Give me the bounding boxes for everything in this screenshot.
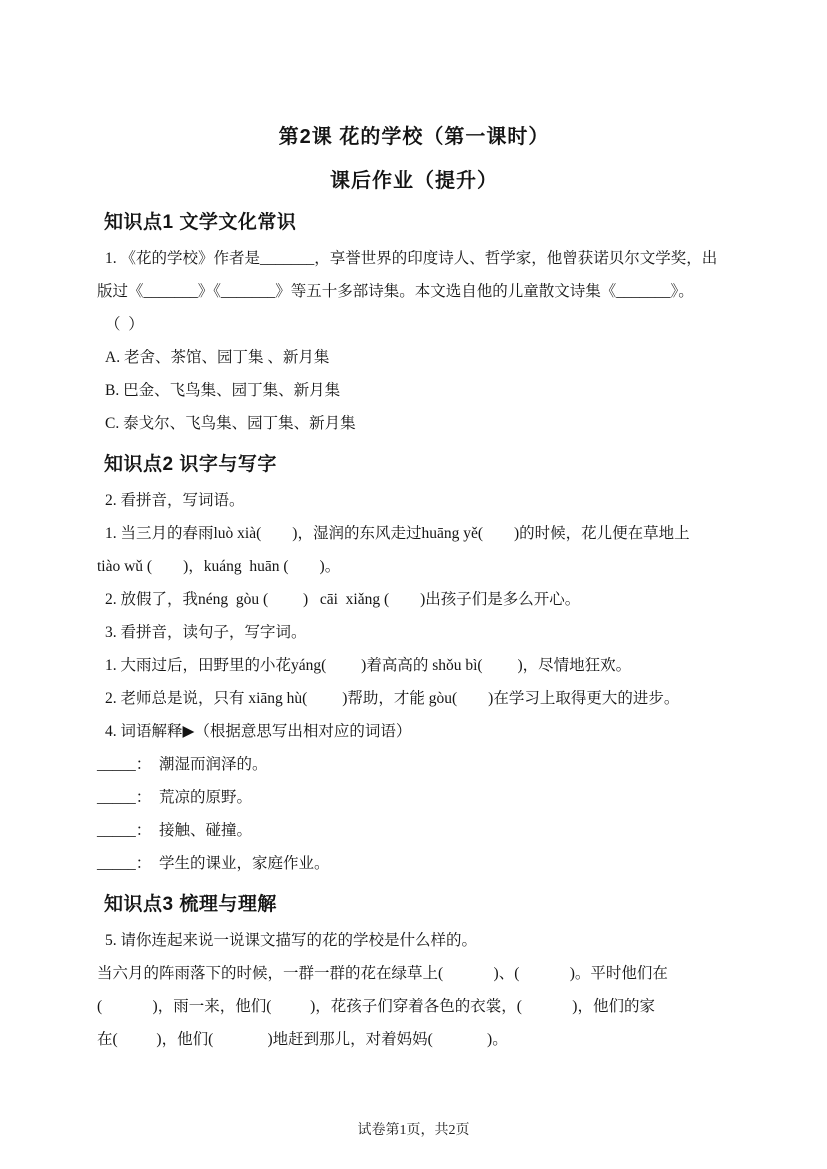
section-characters-writing: 知识点2 识字与写字 2. 看拼音，写词语。 1. 当三月的春雨luò xià(…	[97, 448, 731, 880]
section-2-heading: 知识点2 识字与写字	[104, 448, 731, 482]
section-literature-knowledge: 知识点1 文学文化常识 1. 《花的学校》作者是_______，享誉世界的印度诗…	[97, 206, 731, 440]
option-c: C. 泰戈尔、飞鸟集、园丁集、新月集	[97, 407, 731, 440]
pinyin-item-1-line-1: 1. 当三月的春雨luò xià( )，湿润的东风走过huāng yě( )的时…	[97, 517, 731, 550]
worksheet-page: 第2课 花的学校（第一课时） 课后作业（提升） 知识点1 文学文化常识 1. 《…	[0, 0, 827, 1169]
doc-title: 第2课 花的学校（第一课时）	[97, 122, 731, 152]
option-a: A. 老舍、茶馆、园丁集 、新月集	[97, 341, 731, 374]
option-b: B. 巴金、飞鸟集、园丁集、新月集	[97, 374, 731, 407]
pinyin-item-1-line-2: tiào wǔ ( )，kuáng huān ( )。	[97, 550, 731, 583]
question-2-prompt: 2. 看拼音，写词语。	[97, 484, 731, 517]
sentence-item-2: 2. 老师总是说，只有 xiāng hù( )帮助，才能 gòu( )在学习上取…	[97, 682, 731, 715]
section-comprehension: 知识点3 梳理与理解 5. 请你连起来说一说课文描写的花的学校是什么样的。 当六…	[97, 888, 731, 1056]
cloze-text-line-1: 当六月的阵雨落下的时候，一群一群的花在绿草上( )、( )。平时他们在	[97, 957, 731, 990]
pinyin-item-2: 2. 放假了，我néng gòu ( ) cāi xiǎng ( )出孩子们是多…	[97, 583, 731, 616]
doc-subtitle: 课后作业（提升）	[97, 166, 731, 196]
question-1-line-1: 1. 《花的学校》作者是_______，享誉世界的印度诗人、哲学家，他曾获诺贝尔…	[97, 242, 731, 275]
definition-blank-3: _____： 接触、碰撞。	[97, 814, 731, 847]
answer-bracket: （ ）	[97, 308, 731, 341]
section-3-heading: 知识点3 梳理与理解	[104, 888, 731, 922]
section-1-heading: 知识点1 文学文化常识	[104, 206, 731, 240]
question-4-prompt: 4. 词语解释▶（根据意思写出相对应的词语）	[97, 715, 731, 748]
definition-blank-4: _____： 学生的课业，家庭作业。	[97, 847, 731, 880]
question-1-line-2: 版过《_______》《_______》等五十多部诗集。本文选自他的儿童散文诗集…	[97, 275, 731, 308]
question-3-prompt: 3. 看拼音，读句子，写字词。	[97, 616, 731, 649]
page-footer: 试卷第1页，共2页	[0, 1119, 827, 1139]
cloze-text-line-2: ( )，雨一来，他们( )，花孩子们穿着各色的衣裳，( )，他们的家	[97, 990, 731, 1023]
worksheet-content: 第2课 花的学校（第一课时） 课后作业（提升） 知识点1 文学文化常识 1. 《…	[0, 0, 827, 1056]
sentence-item-1: 1. 大雨过后，田野里的小花yáng( )着高高的 shǒu bì( )，尽情地…	[97, 649, 731, 682]
cloze-text-line-3: 在( )，他们( )地赶到那儿，对着妈妈( )。	[97, 1023, 731, 1056]
question-5-prompt: 5. 请你连起来说一说课文描写的花的学校是什么样的。	[97, 924, 731, 957]
definition-blank-2: _____： 荒凉的原野。	[97, 781, 731, 814]
definition-blank-1: _____： 潮湿而润泽的。	[97, 748, 731, 781]
